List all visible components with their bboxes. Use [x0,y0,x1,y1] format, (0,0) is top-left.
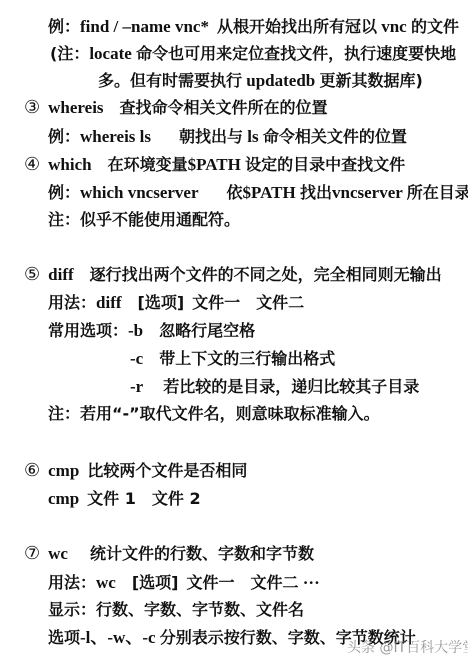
section-description: 统计文件的行数、字数和字节数 [90,544,314,563]
example-label: 例： [48,17,80,36]
whereis-example-line: 例：whereis ls朝找出与 ls 命令相关文件的位置 [48,127,407,147]
options-label: 常用选项： [48,321,128,340]
command-name: cmp [48,461,79,480]
option-flag: -c [130,349,143,368]
circled-number-6-icon: ⑥ [24,460,40,481]
argument-placeholder: 文件一 [192,293,240,312]
option-flags: -l、-w、-c [80,628,156,647]
diff-option-b: 常用选项：-b忽略行尾空格 [48,321,255,341]
command-text: find / –name vnc* [80,17,209,36]
circled-number-3-icon: ③ [24,97,40,118]
command-name: wc [48,544,68,563]
option-description: 带上下文的三行输出格式 [159,349,335,368]
env-variable: $PATH [188,155,241,174]
wc-usage-line: 用法：wc[选项]文件一文件二 ··· [48,573,320,593]
inline-code: vnc [381,17,407,36]
argument-placeholder: 文件 1 [87,489,136,508]
section-description: 设定的目录中查找文件 [245,155,405,174]
cmp-usage-line: cmp文件 1文件 2 [48,489,201,509]
circled-number-7-icon: ⑦ [24,543,40,564]
description-text: 命令相关文件的位置 [263,127,407,146]
note-text: 更新其数据库) [320,71,423,90]
command-name: whereis [48,98,103,117]
description-text: 依 [227,183,243,202]
inline-code: vncserver [332,183,403,202]
usage-label: 用法： [48,573,96,592]
section-cmp-heading: ⑥cmp比较两个文件是否相同 [24,461,247,481]
note-label: (注： [50,44,89,63]
description-text: 朝找出与 [179,127,243,146]
argument-placeholder: 文件一 [186,573,234,592]
section-diff-heading: ⑤diff逐行找出两个文件的不同之处，完全相同则无输出 [24,265,442,285]
command-text: locate [89,44,131,63]
circled-number-4-icon: ④ [24,154,40,175]
command-text: cmp [48,489,79,508]
section-which-heading: ④which在环境变量$PATH 设定的目录中查找文件 [24,155,405,175]
wc-display-line: 显示：行数、字数、字节数、文件名 [48,600,304,620]
diff-note: 注：若用“-”取代文件名，则意味取标准输入。 [48,404,380,424]
section-wc-heading: ⑦wc统计文件的行数、字数和字节数 [24,544,314,564]
watermark: 头条 @IT百科大学堂 [347,637,468,657]
diff-usage-line: 用法：diff[选项]文件一文件二 [48,293,304,313]
circled-number-5-icon: ⑤ [24,264,40,285]
option-description: 忽略行尾空格 [159,321,255,340]
argument-placeholder: 文件二 [251,573,299,592]
command-name: which [48,155,91,174]
description-text: 的文件 [411,17,459,36]
section-whereis-heading: ③whereis查找命令相关文件所在的位置 [24,98,328,118]
find-note-line-1: (注：locate 命令也可用来定位查找文件，执行速度要快地 [50,44,456,64]
usage-label: 用法： [48,293,96,312]
example-label: 例： [48,127,80,146]
options-placeholder: [选项] [132,573,179,592]
which-example-line: 例：which vncserver依$PATH 找出vncserver 所在目录 [48,183,468,203]
description-text: 找出 [300,183,332,202]
find-note-line-2: 多。但有时需要执行 updatedb 更新其数据库) [98,71,423,91]
section-description: 比较两个文件是否相同 [87,461,247,480]
command-text: wc [96,573,116,592]
section-description: 逐行找出两个文件的不同之处，完全相同则无输出 [90,265,442,284]
command-text: updatedb [246,71,315,90]
description-text: 所在目录 [407,183,468,202]
description-text: 从根开始找出所有冠以 [217,17,377,36]
command-name: diff [48,265,74,284]
argument-placeholder: 文件二 [256,293,304,312]
note-text: 多。但有时需要执行 [98,71,242,90]
command-text: which vncserver [80,183,199,202]
argument-placeholder: 文件 2 [152,489,201,508]
note-text: 命令也可用来定位查找文件，执行速度要快地 [136,44,456,63]
inline-code: ls [247,127,258,146]
option-flag: -r [130,377,143,396]
section-description: 查找命令相关文件所在的位置 [120,98,328,117]
ellipsis: ··· [303,573,320,592]
command-text: whereis ls [80,127,151,146]
option-description: 若比较的是目录，递归比较其子目录 [163,377,419,396]
example-label: 例： [48,183,80,202]
section-description: 在环境变量 [108,155,188,174]
env-variable: $PATH [243,183,296,202]
options-placeholder: [选项] [138,293,185,312]
diff-option-c: -c带上下文的三行输出格式 [130,349,335,369]
which-note: 注：似乎不能使用通配符。 [48,210,240,230]
option-flag: -b [128,321,143,340]
diff-option-r: -r若比较的是目录，递归比较其子目录 [130,377,419,397]
command-text: diff [96,293,122,312]
options-label: 选项 [48,628,80,647]
find-example-line: 例：find / –name vnc*从根开始找出所有冠以 vnc 的文件 [48,17,459,37]
